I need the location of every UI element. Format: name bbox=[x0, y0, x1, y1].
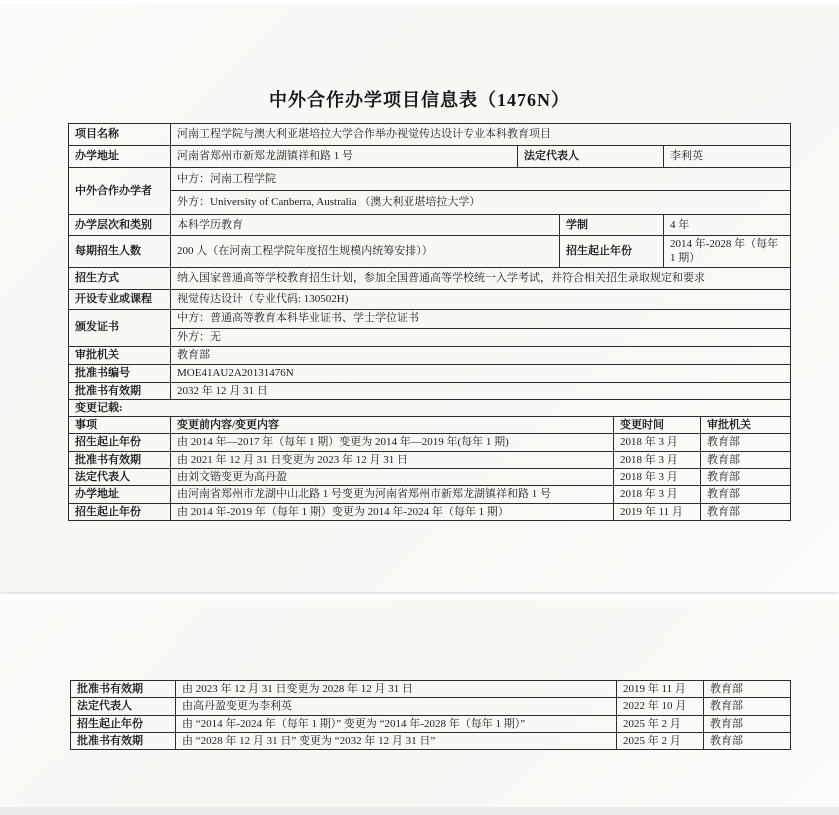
partners-label: 中外合作办学者 bbox=[69, 168, 171, 215]
page-1: 中外合作办学项目信息表（1476N） 项目名称 河南工程学院与澳大利亚堪培拉大学… bbox=[0, 6, 839, 592]
change-content: 由 2014 年—2017 年（每年 1 期）变更为 2014 年—2019 年… bbox=[171, 434, 614, 451]
page-2: 批准书有效期 由 2023 年 12 月 31 日变更为 2028 年 12 月… bbox=[0, 601, 839, 807]
change-item: 法定代表人 bbox=[71, 698, 176, 715]
row-partners-foreign: 外方：University of Canberra, Australia （澳大… bbox=[69, 191, 791, 215]
document-title: 中外合作办学项目信息表（1476N） bbox=[0, 86, 839, 112]
approval-no-label: 批准书编号 bbox=[69, 364, 171, 382]
change-section-label: 变更记载: bbox=[69, 399, 791, 416]
change-authority: 教育部 bbox=[701, 451, 791, 468]
change-row: 批准书有效期 由 2023 年 12 月 31 日变更为 2028 年 12 月… bbox=[71, 681, 791, 698]
change-item: 招生起止年份 bbox=[71, 715, 176, 732]
change-time: 2019 年 11 月 bbox=[617, 681, 704, 698]
row-major: 开设专业或课程 视觉传达设计（专业代码: 130502H) bbox=[69, 289, 791, 309]
project-name-value: 河南工程学院与澳大利亚堪培拉大学合作举办视觉传达设计专业本科教育项目 bbox=[171, 124, 791, 146]
change-content: 由刘文锴变更为高丹盈 bbox=[171, 469, 614, 486]
change-authority: 教育部 bbox=[704, 681, 791, 698]
row-address: 办学地址 河南省郑州市新郑龙湖镇祥和路 1 号 法定代表人 李利英 bbox=[69, 146, 791, 168]
change-item: 法定代表人 bbox=[69, 469, 171, 486]
change-content: 由高丹盈变更为李利英 bbox=[176, 698, 617, 715]
cert-cn-value: 中方：普通高等教育本科毕业证书、学士学位证书 bbox=[171, 309, 791, 328]
approval-no-value: MOE41AU2A20131476N bbox=[171, 364, 791, 382]
change-item: 招生起止年份 bbox=[69, 434, 171, 451]
partner-cn-value: 中方：河南工程学院 bbox=[171, 168, 791, 191]
change-header-time: 变更时间 bbox=[614, 417, 701, 434]
change-authority: 教育部 bbox=[701, 434, 791, 451]
change-time: 2025 年 2 月 bbox=[617, 715, 704, 732]
change-item: 批准书有效期 bbox=[69, 451, 171, 468]
major-label: 开设专业或课程 bbox=[69, 289, 171, 309]
change-content: 由 2021 年 12 月 31 日变更为 2023 年 12 月 31 日 bbox=[171, 451, 614, 468]
change-authority: 教育部 bbox=[701, 486, 791, 503]
enroll-years-label: 招生起止年份 bbox=[560, 236, 664, 268]
admission-label: 招生方式 bbox=[69, 267, 171, 289]
duration-label: 学制 bbox=[560, 215, 664, 236]
row-validity: 批准书有效期 2032 年 12 月 31 日 bbox=[69, 382, 791, 399]
change-time: 2018 年 3 月 bbox=[614, 486, 701, 503]
change-time: 2018 年 3 月 bbox=[614, 434, 701, 451]
info-table: 项目名称 河南工程学院与澳大利亚堪培拉大学合作举办视觉传达设计专业本科教育项目 … bbox=[68, 123, 791, 521]
change-time: 2018 年 3 月 bbox=[614, 469, 701, 486]
admission-value: 纳入国家普通高等学校教育招生计划，参加全国普通高等学校统一入学考试，并符合相关招… bbox=[171, 267, 791, 289]
change-time: 2019 年 11 月 bbox=[614, 503, 701, 520]
legal-rep-value: 李利英 bbox=[664, 146, 791, 168]
project-name-label: 项目名称 bbox=[69, 124, 171, 146]
change-authority: 教育部 bbox=[704, 732, 791, 749]
level-label: 办学层次和类别 bbox=[69, 215, 171, 236]
change-header-row: 事项 变更前内容/变更内容 变更时间 审批机关 bbox=[69, 417, 791, 434]
duration-value: 4 年 bbox=[664, 215, 791, 236]
address-label: 办学地址 bbox=[69, 146, 171, 168]
change-time: 2025 年 2 月 bbox=[617, 732, 704, 749]
change-row: 法定代表人 由刘文锴变更为高丹盈 2018 年 3 月 教育部 bbox=[69, 469, 791, 486]
legal-rep-label: 法定代表人 bbox=[518, 146, 664, 168]
address-value: 河南省郑州市新郑龙湖镇祥和路 1 号 bbox=[171, 146, 518, 168]
change-authority: 教育部 bbox=[701, 469, 791, 486]
scan-edge-strip bbox=[0, 807, 839, 815]
row-admission: 招生方式 纳入国家普通高等学校教育招生计划，参加全国普通高等学校统一入学考试，并… bbox=[69, 267, 791, 289]
row-approval-no: 批准书编号 MOE41AU2A20131476N bbox=[69, 364, 791, 382]
authority-label: 审批机关 bbox=[69, 346, 171, 364]
change-authority: 教育部 bbox=[704, 715, 791, 732]
change-row: 招生起止年份 由 2014 年—2017 年（每年 1 期）变更为 2014 年… bbox=[69, 434, 791, 451]
row-authority: 审批机关 教育部 bbox=[69, 346, 791, 364]
scanned-document: 中外合作办学项目信息表（1476N） 项目名称 河南工程学院与澳大利亚堪培拉大学… bbox=[0, 0, 839, 815]
row-enrollment: 每期招生人数 200 人（在河南工程学院年度招生规模内统筹安排）） 招生起止年份… bbox=[69, 236, 791, 268]
change-authority: 教育部 bbox=[701, 503, 791, 520]
row-level: 办学层次和类别 本科学历教育 学制 4 年 bbox=[69, 215, 791, 236]
change-content: 由河南省郑州市龙湖中山北路 1 号变更为河南省郑州市新郑龙湖镇祥和路 1 号 bbox=[171, 486, 614, 503]
change-row: 批准书有效期 由 2021 年 12 月 31 日变更为 2023 年 12 月… bbox=[69, 451, 791, 468]
major-value: 视觉传达设计（专业代码: 130502H) bbox=[171, 289, 791, 309]
level-value: 本科学历教育 bbox=[171, 215, 560, 236]
change-authority: 教育部 bbox=[704, 698, 791, 715]
change-content: 由 2023 年 12 月 31 日变更为 2028 年 12 月 31 日 bbox=[176, 681, 617, 698]
change-row: 办学地址 由河南省郑州市龙湖中山北路 1 号变更为河南省郑州市新郑龙湖镇祥和路 … bbox=[69, 486, 791, 503]
change-content: 由 “2028 年 12 月 31 日” 变更为 “2032 年 12 月 31… bbox=[176, 732, 617, 749]
change-row: 招生起止年份 由 “2014 年-2024 年（每年 1 期）” 变更为 “20… bbox=[71, 715, 791, 732]
validity-label: 批准书有效期 bbox=[69, 382, 171, 399]
row-change-section: 变更记载: bbox=[69, 399, 791, 416]
change-table-continued: 批准书有效期 由 2023 年 12 月 31 日变更为 2028 年 12 月… bbox=[70, 680, 791, 750]
change-row: 招生起止年份 由 2014 年-2019 年（每年 1 期）变更为 2014 年… bbox=[69, 503, 791, 520]
change-content: 由 2014 年-2019 年（每年 1 期）变更为 2014 年-2024 年… bbox=[171, 503, 614, 520]
change-item: 招生起止年份 bbox=[69, 503, 171, 520]
change-header-authority: 审批机关 bbox=[701, 417, 791, 434]
change-time: 2018 年 3 月 bbox=[614, 451, 701, 468]
change-item: 办学地址 bbox=[69, 486, 171, 503]
change-time: 2022 年 10 月 bbox=[617, 698, 704, 715]
change-row: 批准书有效期 由 “2028 年 12 月 31 日” 变更为 “2032 年 … bbox=[71, 732, 791, 749]
change-item: 批准书有效期 bbox=[71, 732, 176, 749]
row-project-name: 项目名称 河南工程学院与澳大利亚堪培拉大学合作举办视觉传达设计专业本科教育项目 bbox=[69, 124, 791, 146]
cert-foreign-value: 外方：无 bbox=[171, 328, 791, 346]
row-cert-cn: 颁发证书 中方：普通高等教育本科毕业证书、学士学位证书 bbox=[69, 309, 791, 328]
authority-value: 教育部 bbox=[171, 346, 791, 364]
enroll-years-value: 2014 年-2028 年（每年 1 期） bbox=[664, 236, 791, 268]
row-partners-cn: 中外合作办学者 中方：河南工程学院 bbox=[69, 168, 791, 191]
change-header-content: 变更前内容/变更内容 bbox=[171, 417, 614, 434]
enrollment-label: 每期招生人数 bbox=[69, 236, 171, 268]
change-content: 由 “2014 年-2024 年（每年 1 期）” 变更为 “2014 年-20… bbox=[176, 715, 617, 732]
change-row: 法定代表人 由高丹盈变更为李利英 2022 年 10 月 教育部 bbox=[71, 698, 791, 715]
validity-value: 2032 年 12 月 31 日 bbox=[171, 382, 791, 399]
enrollment-value: 200 人（在河南工程学院年度招生规模内统筹安排）） bbox=[171, 236, 560, 268]
change-header-item: 事项 bbox=[69, 417, 171, 434]
row-cert-foreign: 外方：无 bbox=[69, 328, 791, 346]
change-item: 批准书有效期 bbox=[71, 681, 176, 698]
cert-label: 颁发证书 bbox=[69, 309, 171, 346]
partner-foreign-value: 外方：University of Canberra, Australia （澳大… bbox=[171, 191, 791, 215]
